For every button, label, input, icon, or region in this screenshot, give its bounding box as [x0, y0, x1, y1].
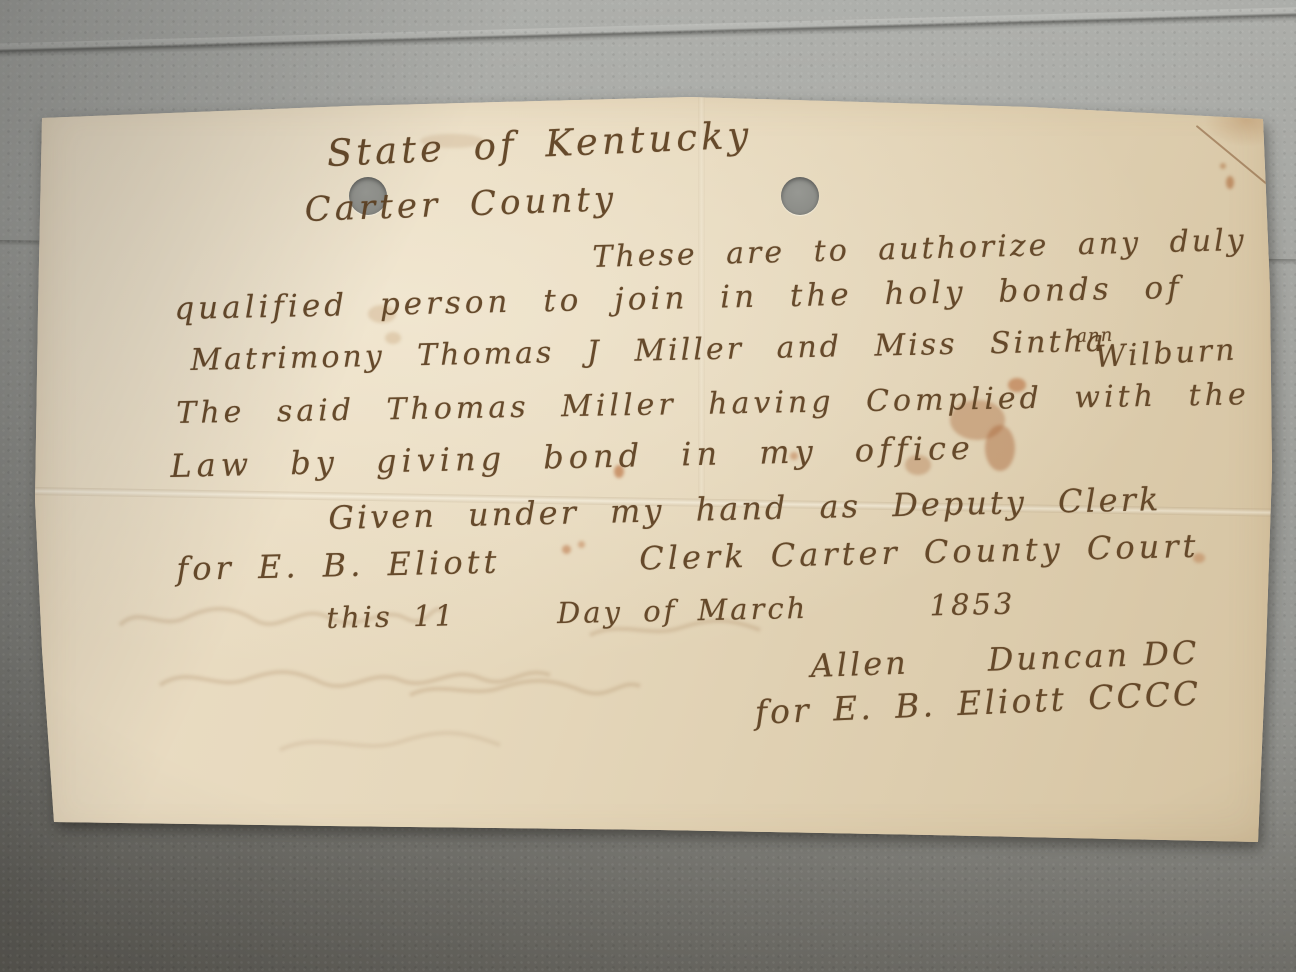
- punch-hole-right: [781, 177, 819, 215]
- text-line-matrimony-names: Matrimony Thomas J Miller and Miss Sinth…: [190, 324, 1107, 378]
- paper-shadow-wrap: State of Kentucky Carter County These ar…: [30, 90, 1275, 850]
- text-line-said-thomas: The said Thomas Miller having Complied w…: [176, 377, 1250, 431]
- text-line-authorize: These are to authorize any duly: [592, 223, 1247, 275]
- text-line-given-under-hand: Given under my hand as Deputy Clerk: [328, 480, 1162, 537]
- text-line-law-bond: Law by giving bond in my office: [170, 429, 975, 485]
- document-photograph: State of Kentucky Carter County These ar…: [0, 0, 1296, 972]
- stain: [985, 425, 1015, 471]
- stain: [1220, 163, 1226, 169]
- text-line-date: this 11 Day of March 1853: [326, 587, 1016, 635]
- text-line-qualified: qualified person to join in the holy bon…: [174, 270, 1183, 327]
- table-seam-top: [0, 5, 1296, 58]
- stain: [1226, 176, 1234, 189]
- text-line-wilburn: Wilburn: [1094, 333, 1238, 375]
- text-line-state: State of Kentucky: [326, 113, 753, 175]
- document-paper: State of Kentucky Carter County These ar…: [30, 90, 1275, 850]
